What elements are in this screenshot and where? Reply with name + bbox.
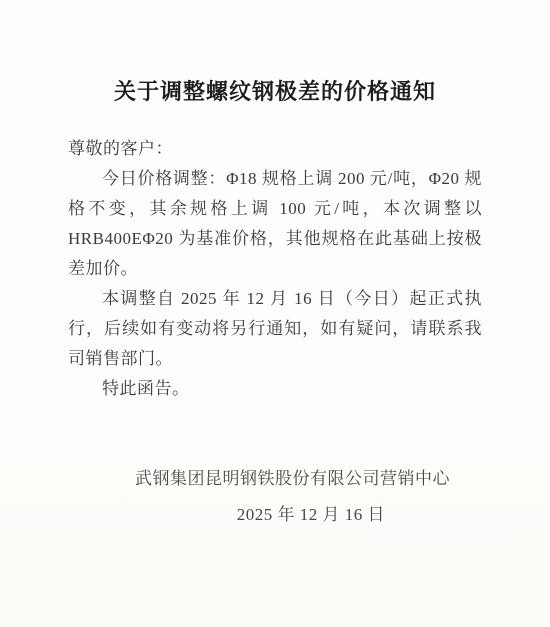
- signature-company: 武钢集团昆明钢铁股份有限公司营销中心: [68, 464, 482, 494]
- paragraph-price-adjustment: 今日价格调整：Φ18 规格上调 200 元/吨，Φ20 规格不变，其余规格上调 …: [68, 164, 482, 284]
- document-title: 关于调整螺纹钢极差的价格通知: [68, 76, 482, 108]
- document-page: 关于调整螺纹钢极差的价格通知 尊敬的客户： 今日价格调整：Φ18 规格上调 20…: [0, 0, 550, 627]
- salutation: 尊敬的客户：: [68, 134, 482, 164]
- paragraph-closing: 特此函告。: [68, 374, 482, 404]
- paragraph-effective-date: 本调整自 2025 年 12 月 16 日（今日）起正式执行，后续如有变动将另行…: [68, 284, 482, 374]
- signature-date: 2025 年 12 月 16 日: [68, 500, 482, 530]
- signature-block: 武钢集团昆明钢铁股份有限公司营销中心 2025 年 12 月 16 日: [68, 464, 482, 530]
- document-body: 尊敬的客户： 今日价格调整：Φ18 规格上调 200 元/吨，Φ20 规格不变，…: [68, 134, 482, 404]
